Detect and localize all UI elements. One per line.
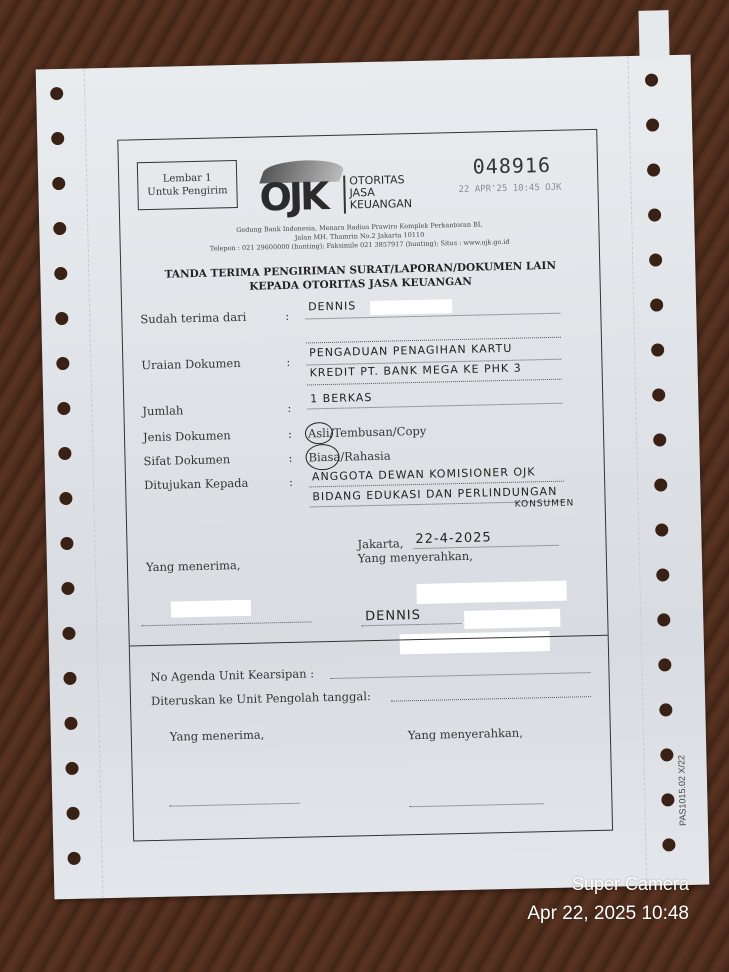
ojk-logo: OJK OTORITAS JASA KEUANGAN <box>259 154 430 218</box>
camera-watermark-timestamp: Apr 22, 2025 10:48 <box>527 903 689 925</box>
tractor-holes-right <box>645 73 679 883</box>
office-sender-label: Yang menyerahkan, <box>408 726 523 743</box>
redaction <box>464 609 560 629</box>
field-doc-nature: Sifat Dokumen : Biasa/Rahasia <box>143 444 573 454</box>
sender-name: DENNIS <box>365 608 421 624</box>
document-number: 048916 <box>472 153 551 179</box>
perforation-left <box>84 68 104 898</box>
field-addressed-to: Ditujukan Kepada : ANGGOTA DEWAN KOMISIO… <box>144 468 574 478</box>
handwritten-value: 1 BERKAS <box>310 391 372 405</box>
sheet-recipient: Untuk Pengirim <box>138 184 236 199</box>
handwritten-date: 22-4-2025 <box>415 530 492 547</box>
field-doc-type: Jenis Dokumen : Asli/Tembusan/Copy <box>143 420 573 430</box>
receipt-stamp: 22 APR'25 10:45 OJK <box>458 183 561 195</box>
field-label: Uraian Dokumen <box>141 356 241 372</box>
address-block: Gedung Bank Indonesia, Menara Radius Pra… <box>120 218 598 256</box>
office-sender-signature-line <box>409 803 543 807</box>
field-label: Sudah terima dari <box>140 310 246 326</box>
sender-label: Yang menyerahkan, <box>358 549 473 566</box>
redaction <box>400 631 550 654</box>
form-title: TANDA TERIMA PENGIRIMAN SURAT/LAPORAN/DO… <box>121 258 600 297</box>
redaction <box>416 581 566 604</box>
receiver-signature-line <box>141 621 311 626</box>
perforation-right <box>628 56 648 886</box>
handwritten-value: KONSUMEN <box>515 498 575 509</box>
field-quantity: Jumlah : 1 BERKAS <box>142 394 572 404</box>
field-line <box>306 321 561 344</box>
office-receiver-signature-line <box>169 803 299 807</box>
receiver-label: Yang menerima, <box>146 558 241 574</box>
field-label: Ditujukan Kepada <box>144 476 249 492</box>
field-description: Uraian Dokumen : PENGADUAN PENAGIHAN KAR… <box>141 348 571 358</box>
agenda-line <box>331 672 591 679</box>
form-frame: Lembar 1 Untuk Pengirim OJK OTORITAS JAS… <box>117 129 613 842</box>
logo-divider <box>343 176 345 214</box>
redaction <box>171 600 251 618</box>
field-received-from: Sudah terima dari : DENNIS <box>140 302 570 312</box>
selected-circle-icon <box>305 422 333 445</box>
form-code: PAS1015.02 X/22 <box>676 755 688 826</box>
handwritten-value: DENNIS <box>308 299 356 313</box>
field-label: Jumlah <box>142 403 183 418</box>
logo-name: OTORITAS JASA KEUANGAN <box>349 174 412 211</box>
camera-watermark-app: Super Camera <box>572 874 689 895</box>
paper-torn-tab <box>638 10 669 59</box>
selected-circle-icon <box>305 444 340 471</box>
office-receiver-label: Yang menerima, <box>170 728 265 744</box>
field-label: Jenis Dokumen <box>143 428 231 444</box>
logo-letters: OJK <box>259 174 327 220</box>
tractor-holes-left <box>50 87 84 897</box>
forward-label: Diteruskan ke Unit Pengolah tanggal: <box>151 689 371 708</box>
forward-line <box>391 696 591 702</box>
field-label: Sifat Dokumen <box>143 452 230 468</box>
agenda-label: No Agenda Unit Kearsipan : <box>150 666 314 684</box>
redaction <box>370 299 452 315</box>
place-label: Jakarta, <box>357 536 403 551</box>
sheet-label-box: Lembar 1 Untuk Pengirim <box>137 160 238 210</box>
receipt-form-paper: PAS1015.02 X/22 Lembar 1 Untuk Pengirim … <box>36 55 710 900</box>
